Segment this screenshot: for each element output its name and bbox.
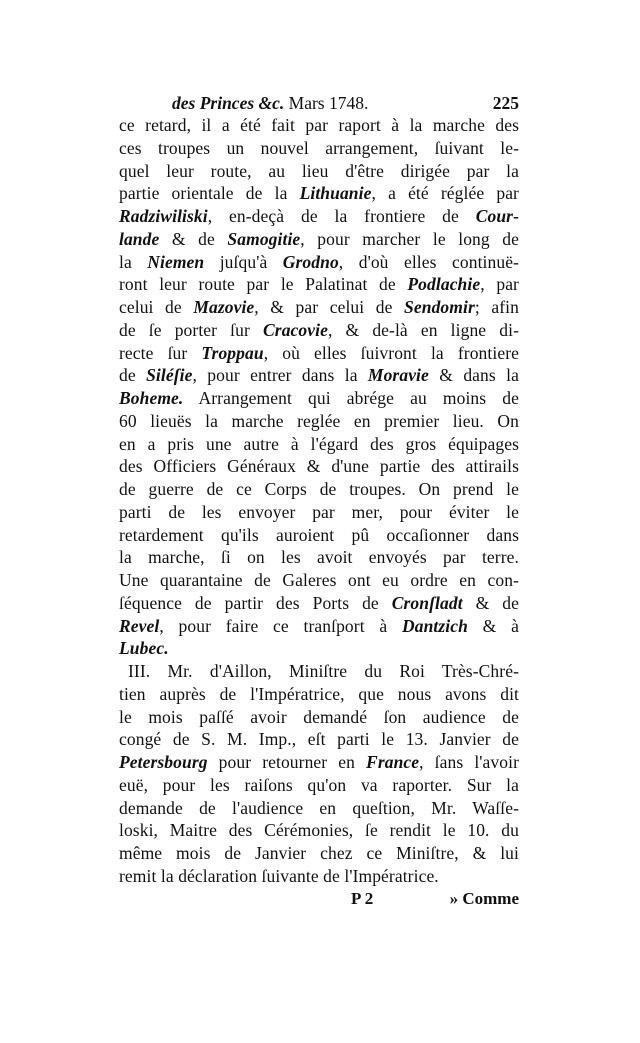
text-line: recte ſur Troppau, où elles ſuivront la … <box>119 342 519 365</box>
text-segment: Arrangement qui abrége au moins de <box>183 388 519 408</box>
text-line: Petersbourg pour retourner en France, ſa… <box>119 751 519 774</box>
text-line: de Siléſie, pour entrer dans la Moravie … <box>119 364 519 387</box>
text-segment: , pour marcher le long de <box>300 229 519 249</box>
text-segment: 60 lieuës la marche reglée en premier li… <box>119 411 519 431</box>
page-footer: P 2 » Comme <box>119 888 519 910</box>
text-line: III. Mr. d'Aillon, Miniſtre du Roi Très-… <box>119 660 519 683</box>
body-text: ce retard, il a été fait par raport à la… <box>119 114 519 888</box>
text-segment: de guerre de ce Corps de troupes. On pre… <box>119 479 519 499</box>
text-line: de guerre de ce Corps de troupes. On pre… <box>119 478 519 501</box>
text-line: congé de S. M. Imp., eſt parti le 13. Ja… <box>119 728 519 751</box>
text-line: ces troupes un nouvel arrangement, ſuiva… <box>119 137 519 160</box>
text-segment: , pour entrer dans la <box>192 365 367 385</box>
text-segment: des Officiers Généraux & d'une partie de… <box>119 456 519 476</box>
book-page: des Princes &c. Mars 1748. 225 ce retard… <box>119 92 519 910</box>
italic-proper-noun: Niemen <box>147 252 204 272</box>
text-line: Boheme. Arrangement qui abrége au moins … <box>119 387 519 410</box>
text-segment: même mois de Janvier chez ce Miniſtre, &… <box>119 843 519 863</box>
text-line: remit la déclaration ſuivante de l'Impér… <box>119 865 519 888</box>
text-segment: parti de les envoyer par mer, pour évite… <box>119 502 519 522</box>
running-title: des Princes &c. Mars 1748. <box>172 92 368 114</box>
text-line: Revel, pour faire ce tranſport à Dantzic… <box>119 615 519 638</box>
italic-proper-noun: Grodno <box>283 252 339 272</box>
text-segment: ront leur route par le Palatinat de <box>119 274 407 294</box>
text-line: même mois de Janvier chez ce Miniſtre, &… <box>119 842 519 865</box>
italic-proper-noun: Samogitie <box>227 229 300 249</box>
text-segment: demande de l'audience en queſtion, Mr. W… <box>119 798 519 818</box>
text-line: la Niemen juſqu'à Grodno, d'où elles con… <box>119 251 519 274</box>
text-line: ce retard, il a été fait par raport à la… <box>119 114 519 137</box>
text-segment: & de <box>463 593 519 613</box>
text-line: lande & de Samogitie, pour marcher le lo… <box>119 228 519 251</box>
text-segment: celui de <box>119 297 193 317</box>
text-segment: & à <box>468 616 519 636</box>
text-segment: III. Mr. d'Aillon, Miniſtre du Roi Très-… <box>128 661 519 681</box>
text-line: en a pris une autre à l'égard des gros é… <box>119 433 519 456</box>
text-segment: la marche, ſi on les avoit envoyés par t… <box>119 547 519 567</box>
text-segment: loski, Maitre des Cérémonies, ſe rendit … <box>119 820 519 840</box>
text-line: la marche, ſi on les avoit envoyés par t… <box>119 546 519 569</box>
text-line: 60 lieuës la marche reglée en premier li… <box>119 410 519 433</box>
text-line: demande de l'audience en queſtion, Mr. W… <box>119 797 519 820</box>
text-segment: tien auprès de l'Impératrice, que nous a… <box>119 684 519 704</box>
text-segment: ces troupes un nouvel arrangement, ſuiva… <box>119 138 519 158</box>
italic-proper-noun: Radziwiliski <box>119 206 208 226</box>
text-segment: partie orientale de la <box>119 183 300 203</box>
text-segment: & de <box>159 229 227 249</box>
italic-proper-noun: Petersbourg <box>119 752 208 772</box>
text-line: le mois paſſé avoir demandé ſon audience… <box>119 706 519 729</box>
signature-mark: P 2 <box>351 888 373 910</box>
text-line: des Officiers Généraux & d'une partie de… <box>119 455 519 478</box>
text-line: ſéquence de partir des Ports de Cronſlad… <box>119 592 519 615</box>
text-segment: pour retourner en <box>208 752 366 772</box>
text-line: loski, Maitre des Cérémonies, ſe rendit … <box>119 819 519 842</box>
text-segment: Une quarantaine de Galeres ont eu ordre … <box>119 570 519 590</box>
text-segment: euë, pour les raiſons qu'on va raporter.… <box>119 775 519 795</box>
text-segment: de ſe porter ſur <box>119 320 263 340</box>
text-segment: quel leur route, au lieu d'être dirigée … <box>119 161 519 181</box>
text-segment: de <box>119 365 146 385</box>
italic-proper-noun: Mazovie <box>193 297 254 317</box>
text-line: Lubec. <box>119 637 519 660</box>
italic-proper-noun: Revel <box>119 616 159 636</box>
italic-proper-noun: Cronſladt <box>392 593 463 613</box>
text-line: euë, pour les raiſons qu'on va raporter.… <box>119 774 519 797</box>
text-segment: , où elles ſuivront la frontiere <box>264 343 519 363</box>
text-line: tien auprès de l'Impératrice, que nous a… <box>119 683 519 706</box>
text-segment: juſqu'à <box>204 252 283 272</box>
running-title-date: Mars 1748. <box>289 93 369 113</box>
text-segment: retardement qu'ils auroient pû occaſionn… <box>119 525 519 545</box>
italic-proper-noun: Lubec. <box>119 638 169 658</box>
text-segment: le mois paſſé avoir demandé ſon audience… <box>119 707 519 727</box>
text-segment: ſéquence de partir des Ports de <box>119 593 392 613</box>
text-segment: remit la déclaration ſuivante de l'Impér… <box>119 866 439 886</box>
text-segment: , a été réglée par <box>371 183 519 203</box>
italic-proper-noun: lande <box>119 229 159 249</box>
italic-proper-noun: Siléſie <box>146 365 192 385</box>
text-line: partie orientale de la Lithuanie, a été … <box>119 182 519 205</box>
catchword: » Comme <box>450 888 519 910</box>
italic-proper-noun: Moravie <box>368 365 429 385</box>
text-segment: en a pris une autre à l'égard des gros é… <box>119 434 519 454</box>
italic-proper-noun: Lithuanie <box>300 183 372 203</box>
text-segment: , & par celui de <box>254 297 404 317</box>
page-number: 225 <box>493 92 519 114</box>
text-line: Radziwiliski, en-deçà de la frontiere de… <box>119 205 519 228</box>
italic-proper-noun: Sendomir <box>404 297 475 317</box>
text-segment: la <box>119 252 147 272</box>
italic-proper-noun: Dantzich <box>402 616 468 636</box>
text-segment: , & de-là en ligne di- <box>328 320 519 340</box>
italic-proper-noun: Podlachie <box>407 274 480 294</box>
italic-proper-noun: Cour- <box>476 206 519 226</box>
text-segment: , d'où elles continuë- <box>339 252 519 272</box>
text-segment: ; afin <box>475 297 519 317</box>
text-line: retardement qu'ils auroient pû occaſionn… <box>119 524 519 547</box>
text-segment: , ſans l'avoir <box>419 752 519 772</box>
running-header: des Princes &c. Mars 1748. 225 <box>119 92 519 114</box>
text-segment: , pour faire ce tranſport à <box>159 616 402 636</box>
text-segment: recte ſur <box>119 343 201 363</box>
text-segment: & dans la <box>429 365 519 385</box>
text-line: parti de les envoyer par mer, pour évite… <box>119 501 519 524</box>
text-line: quel leur route, au lieu d'être dirigée … <box>119 160 519 183</box>
running-title-italic: des Princes &c. <box>172 93 284 113</box>
text-segment: , par <box>480 274 519 294</box>
text-line: Une quarantaine de Galeres ont eu ordre … <box>119 569 519 592</box>
text-line: de ſe porter ſur Cracovie, & de-là en li… <box>119 319 519 342</box>
italic-proper-noun: Troppau <box>201 343 263 363</box>
text-line: ront leur route par le Palatinat de Podl… <box>119 273 519 296</box>
text-segment: congé de S. M. Imp., eſt parti le 13. Ja… <box>119 729 519 749</box>
italic-proper-noun: France <box>366 752 419 772</box>
text-segment: , en-deçà de la frontiere de <box>208 206 476 226</box>
text-line: celui de Mazovie, & par celui de Sendomi… <box>119 296 519 319</box>
italic-proper-noun: Boheme. <box>119 388 183 408</box>
text-segment: ce retard, il a été fait par raport à la… <box>119 115 519 135</box>
italic-proper-noun: Cracovie <box>263 320 328 340</box>
